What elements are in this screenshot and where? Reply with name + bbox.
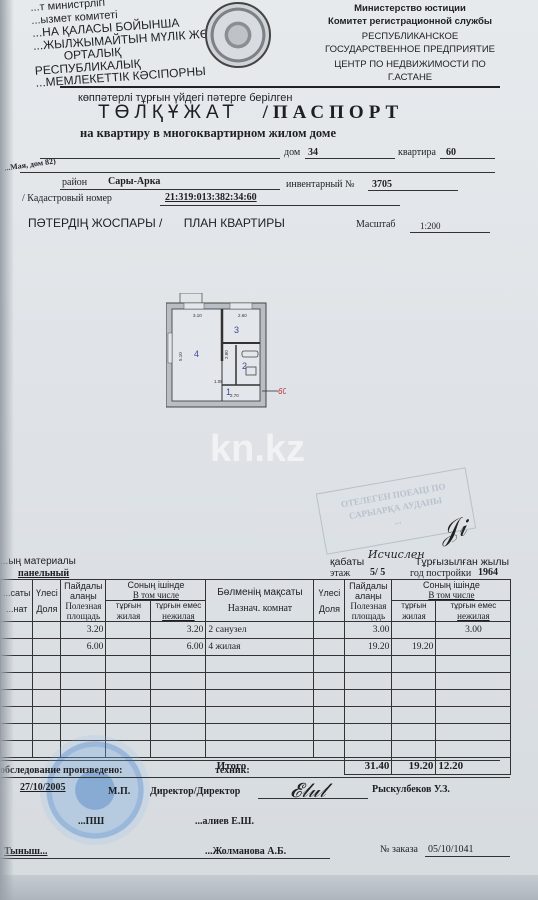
inventory-underline: [368, 190, 458, 191]
survey-date: 27/10/2005: [20, 782, 66, 793]
cadastral-label: / Кадастровый номер: [22, 193, 112, 204]
table-row-empty: [1, 673, 511, 690]
inventory-label: инвентарный №: [286, 179, 355, 190]
footer-line: [0, 777, 510, 778]
col-nonliving: тұрғын емеснежилая: [151, 601, 206, 622]
mp-label: М.П.: [108, 786, 130, 797]
year-value: 1964: [478, 567, 498, 578]
floor-label-ru: этаж: [330, 568, 350, 579]
plan-title-ru: ПЛАН КВАРТИРЫ: [184, 216, 285, 230]
page-binding-shadow: [0, 0, 14, 900]
director-label: Директор/Директор: [150, 786, 240, 797]
material-value: панельный: [18, 568, 69, 579]
scale-label: Масштаб: [356, 219, 396, 230]
order-value: 05/10/1041: [428, 844, 474, 855]
district-underline: [60, 189, 280, 190]
svg-text:2.70: 2.70: [230, 393, 239, 398]
house-value: 34: [308, 147, 318, 158]
house-underline: [305, 158, 395, 159]
apartment-label: квартира: [398, 147, 436, 158]
survey-label: обследование произведено:: [0, 765, 122, 776]
svg-text:1: 1: [226, 387, 231, 397]
col-including: Соның ішіндеВ том числе: [106, 580, 206, 601]
page-edge-shadow: [0, 875, 538, 900]
address-line: [40, 158, 280, 159]
executor-name: ...Жолманова А.Б.: [205, 846, 286, 857]
district-value: Сары-Арка: [108, 176, 160, 187]
district-label: район: [62, 177, 87, 188]
apartment-underline: [440, 158, 495, 159]
header-line: ГОСУДАРСТВЕННОЕ ПРЕДПРИЯТИЕ: [300, 43, 520, 56]
svg-text:3: 3: [234, 325, 239, 335]
checked-label: ...ПШ: [78, 816, 104, 827]
order-label: № заказа: [380, 844, 418, 855]
header-divider: [60, 86, 500, 88]
svg-text:2: 2: [242, 361, 247, 371]
header-line: Комитет регистрационной службы: [328, 16, 492, 27]
scale-value: 1:200: [420, 221, 441, 231]
table-row: 3.20 3.20 2 санузел 3.00 3.00: [1, 622, 511, 639]
col-share-r: ҮлесіДоля: [314, 580, 345, 622]
header-line: Г.АСТАНЕ: [300, 71, 520, 84]
svg-text:4: 4: [194, 349, 199, 359]
cadastral-underline: [160, 205, 400, 206]
floor-value: 5/ 5: [370, 567, 385, 578]
table-row: 6.00 6.00 4 жилая 19.20 19.20: [1, 639, 511, 656]
title-main-kz: ТӨЛҚҰЖАТ: [98, 102, 239, 123]
col-area: Пайдалы алаңыПолезная площадь: [61, 580, 106, 622]
svg-text:2.80: 2.80: [224, 350, 229, 359]
svg-text:1.08: 1.08: [214, 379, 223, 384]
footer-line: [0, 858, 330, 859]
col-living-r: тұрғынжилая: [392, 601, 436, 622]
floor-label-kz: қабаты: [330, 556, 364, 568]
col-including-r: Соның ішіндеВ том числе: [392, 580, 511, 601]
col-share: ҮлесіДоля: [33, 580, 61, 622]
state-emblem-icon: [205, 2, 271, 68]
watermark: kn.kz: [210, 428, 305, 471]
cadastral-value: 21:319:013:382:34:60: [165, 192, 257, 203]
svg-text:2.60: 2.60: [238, 313, 247, 318]
title-main-ru: /ПАСПОРТ: [263, 102, 404, 123]
header-right-ru: Министерство юстиции Комитет регистрацио…: [300, 2, 520, 84]
table-row-empty: [1, 707, 511, 724]
technician-label: техник:: [215, 765, 250, 776]
plan-title: ПӘТЕРДІҢ ЖОСПАРЫ / ПЛАН КВАРТИРЫ: [28, 216, 285, 230]
header-line: ЦЕНТР ПО НЕДВИЖИМОСТИ ПО: [300, 58, 520, 71]
apartment-value: 60: [446, 147, 456, 158]
col-living: тұрғынжилая: [106, 601, 151, 622]
svg-text:3.10: 3.10: [193, 313, 202, 318]
plan-title-kz: ПӘТЕРДІҢ ЖОСПАРЫ /: [28, 216, 162, 230]
header-line: Министерство юстиции: [354, 3, 466, 14]
col-room-purpose: Бөлменің мақсатыНазнач. комнат: [206, 580, 314, 622]
house-label: дом: [284, 147, 300, 158]
svg-text:60: 60: [278, 387, 286, 396]
table-row-empty: [1, 690, 511, 707]
title-main: ТӨЛҚҰЖАТ /ПАСПОРТ: [98, 102, 403, 124]
address-line: [20, 172, 495, 173]
col-nonliving-r: тұрғын емеснежилая: [436, 601, 511, 622]
director-signature: 𝓔𝓁𝓊𝓁: [290, 778, 326, 802]
table-row-empty: [1, 656, 511, 673]
order-underline: [425, 856, 510, 857]
svg-text:5.10: 5.10: [178, 352, 183, 361]
year-label-ru: год постройки: [410, 568, 471, 579]
scale-underline: [410, 232, 490, 233]
director-name: Рыскулбеков У.З.: [372, 784, 450, 795]
floor-plan: 3.10 2.60 5.10 2.80 1.08 2.70 4 3 2 1 60: [166, 293, 286, 409]
table-header-row: ...саты...нат ҮлесіДоля Пайдалы алаңыПол…: [1, 580, 511, 601]
col-area-r: Пайдалы алаңыПолезная площадь: [345, 580, 392, 622]
document-page: ...т министрлігі ...ызмет комитеті ...НА…: [0, 0, 538, 900]
inventory-value: 3705: [372, 179, 392, 190]
title-ru-subtitle: на квартиру в многоквартирном жилом доме: [80, 126, 336, 141]
header-line: РЕСПУБЛИКАНСКОЕ: [300, 30, 520, 43]
checked-name: ...алиев Е.Ш.: [195, 816, 254, 827]
